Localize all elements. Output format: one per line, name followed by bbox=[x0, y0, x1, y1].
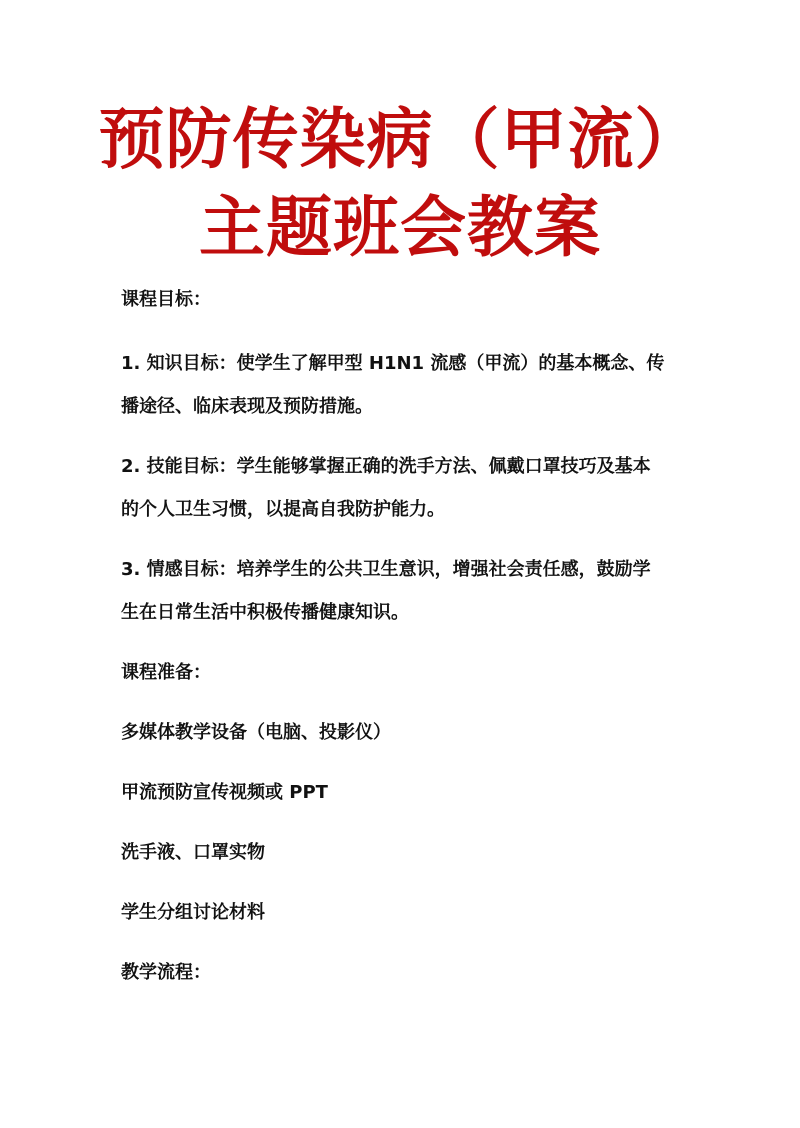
objectives-heading: 课程目标： bbox=[121, 288, 211, 312]
document-title-line-1: 预防传染病（甲流） bbox=[0, 100, 800, 180]
preparation-item: 洗手液、口罩实物 bbox=[121, 841, 265, 865]
document-title-line-2: 主题班会教案 bbox=[0, 188, 800, 268]
objective-1-line-1: 1. 知识目标：使学生了解甲型 H1N1 流感（甲流）的基本概念、传 bbox=[121, 352, 664, 376]
objective-2-line-1: 2. 技能目标：学生能够掌握正确的洗手方法、佩戴口罩技巧及基本 bbox=[121, 455, 651, 479]
preparation-item: 学生分组讨论材料 bbox=[121, 901, 265, 925]
process-heading: 教学流程： bbox=[121, 961, 211, 985]
preparation-heading: 课程准备： bbox=[121, 661, 211, 685]
preparation-item: 甲流预防宣传视频或 PPT bbox=[121, 781, 328, 805]
objective-3-line-2: 生在日常生活中积极传播健康知识。 bbox=[121, 601, 409, 625]
objective-2-line-2: 的个人卫生习惯，以提高自我防护能力。 bbox=[121, 498, 445, 522]
preparation-item: 多媒体教学设备（电脑、投影仪） bbox=[121, 721, 391, 745]
objective-1-line-2: 播途径、临床表现及预防措施。 bbox=[121, 395, 373, 419]
objective-3-line-1: 3. 情感目标：培养学生的公共卫生意识，增强社会责任感，鼓励学 bbox=[121, 558, 651, 582]
document-page: 预防传染病（甲流） 主题班会教案 课程目标： 1. 知识目标：使学生了解甲型 H… bbox=[0, 0, 800, 1128]
